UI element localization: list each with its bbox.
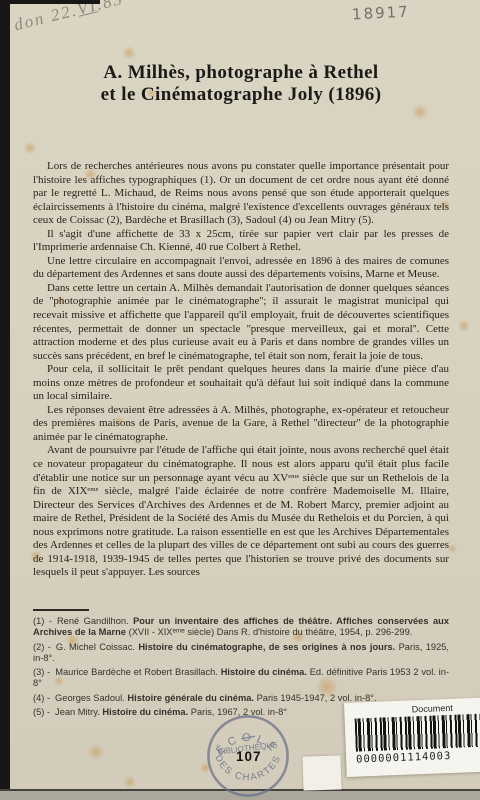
footnote-marker: (1) -: [33, 616, 52, 626]
footnote-marker: (4) -: [33, 693, 50, 703]
page-number: 107: [236, 749, 262, 764]
footnote: (1) -René Gandilhon. Pour un inventaire …: [33, 616, 449, 638]
paragraph: Il s'agit d'une affichette de 33 x 25cm,…: [33, 228, 449, 255]
article-title-line1: A. Milhès, photographe à Rethel: [33, 62, 449, 84]
footnote-text: Jean Mitry. Histoire du cinéma. Paris, 1…: [55, 707, 287, 717]
blank-label: [302, 755, 341, 790]
paragraph: Une lettre circulaire en accompagnait l'…: [33, 255, 449, 282]
inventory-number-handwriting: 18917: [352, 3, 411, 24]
footnote-marker: (3) -: [33, 667, 50, 677]
scan-edge-top: [0, 0, 100, 4]
paragraph: Avant de poursuivre par l'étude de l'aff…: [33, 444, 449, 579]
paragraph: Pour cela, il sollicitait le prêt pendan…: [33, 363, 449, 404]
paragraph: Dans cette lettre un certain A. Milhès d…: [33, 282, 449, 363]
article-title: A. Milhès, photographe à Rethel et le Ci…: [33, 62, 449, 106]
footnote-marker: (2) -: [33, 642, 51, 652]
barcode-label: Document 0000001114003: [344, 697, 480, 777]
paragraph: Les réponses devaient être adressées à A…: [33, 404, 449, 445]
footnote: (3) -Maurice Bardèche et Robert Brasilla…: [33, 667, 449, 689]
barcode-icon: [355, 714, 480, 752]
scan-edge-left: [0, 0, 10, 800]
barcode-number: 0000001114003: [356, 748, 480, 765]
article-title-line2: et le Cinématographe Joly (1896): [33, 84, 449, 106]
paragraph: Lors de recherches antérieures nous avon…: [33, 160, 449, 228]
footnote-text: Georges Sadoul. Histoire générale du cin…: [55, 693, 377, 703]
article-body: Lors de recherches antérieures nous avon…: [33, 160, 449, 580]
footnote-text: G. Michel Coissac. Histoire du cinématog…: [33, 642, 449, 663]
footnote-marker: (5) -: [33, 707, 50, 717]
barcode-title: Document: [402, 702, 462, 714]
footnote-text: René Gandilhon. Pour un inventaire des a…: [33, 616, 449, 637]
scanned-document-page: don 22.VI.83 18917 A. Milhès, photograph…: [0, 0, 480, 800]
footnote-text: Maurice Bardèche et Robert Brasillach. H…: [33, 667, 449, 688]
footnote-divider: [33, 609, 89, 611]
footnote: (2) -G. Michel Coissac. Histoire du ciné…: [33, 642, 449, 664]
